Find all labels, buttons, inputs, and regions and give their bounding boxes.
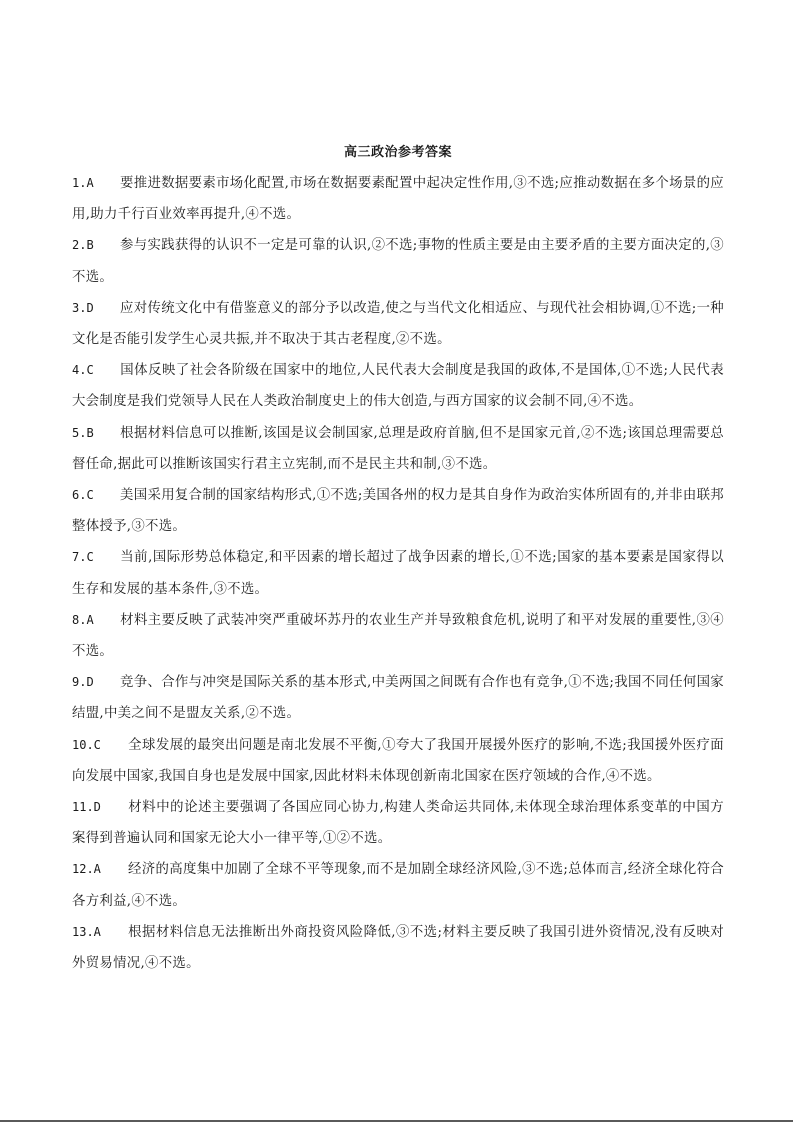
answer-explanation: 应对传统文化中有借鉴意义的部分予以改造,使之与当代文化相适应、与现代社会相协调,… [72,301,724,347]
answer-item-6: 6.C美国采用复合制的国家结构形式,①不选;美国各州的权力是其自身作为政治实体所… [72,480,724,542]
answer-explanation: 全球发展的最突出问题是南北发展不平衡,①夸大了我国开展援外医疗的影响,不选;我国… [72,738,724,784]
answer-number: 9.D [72,667,120,698]
answer-number: 5.B [72,418,120,449]
answer-explanation: 当前,国际形势总体稳定,和平因素的增长超过了战争因素的增长,①不选;国家的基本要… [72,550,724,596]
answer-number: 12.A [72,854,128,885]
answer-number: 13.A [72,917,128,948]
answer-explanation: 根据材料信息可以推断,该国是议会制国家,总理是政府首脑,但不是国家元首,②不选;… [72,426,724,472]
answer-number: 4.C [72,355,120,386]
answer-explanation: 竞争、合作与冲突是国际关系的基本形式,中美两国之间既有合作也有竞争,①不选;我国… [72,675,724,721]
answer-explanation: 经济的高度集中加剧了全球不平等现象,而不是加剧全球经济风险,③不选;总体而言,经… [72,862,724,908]
answer-item-2: 2.B参与实践获得的认识不一定是可靠的认识,②不选;事物的性质主要是由主要矛盾的… [72,230,724,292]
answer-item-5: 5.B根据材料信息可以推断,该国是议会制国家,总理是政府首脑,但不是国家元首,②… [72,418,724,480]
answer-explanation: 材料中的论述主要强调了各国应同心协力,构建人类命运共同体,未体现全球治理体系变革… [72,800,724,846]
answer-key-page: 高三政治参考答案 1.A要推进数据要素市场化配置,市场在数据要素配置中起决定性作… [72,142,724,979]
answer-item-13: 13.A根据材料信息无法推断出外商投资风险降低,③不选;材料主要反映了我国引进外… [72,917,724,979]
answer-item-1: 1.A要推进数据要素市场化配置,市场在数据要素配置中起决定性作用,③不选;应推动… [72,168,724,230]
answer-item-10: 10.C全球发展的最突出问题是南北发展不平衡,①夸大了我国开展援外医疗的影响,不… [72,730,724,792]
answer-number: 10.C [72,730,128,761]
answer-item-12: 12.A经济的高度集中加剧了全球不平等现象,而不是加剧全球经济风险,③不选;总体… [72,854,724,916]
answer-explanation: 要推进数据要素市场化配置,市场在数据要素配置中起决定性作用,③不选;应推动数据在… [72,176,724,222]
answer-number: 2.B [72,230,120,261]
answer-item-3: 3.D应对传统文化中有借鉴意义的部分予以改造,使之与当代文化相适应、与现代社会相… [72,293,724,355]
answer-explanation: 参与实践获得的认识不一定是可靠的认识,②不选;事物的性质主要是由主要矛盾的主要方… [72,238,724,284]
answer-explanation: 国体反映了社会各阶级在国家中的地位,人民代表大会制度是我国的政体,不是国体,①不… [72,363,724,409]
answer-item-8: 8.A材料主要反映了武装冲突严重破坏苏丹的农业生产并导致粮食危机,说明了和平对发… [72,605,724,667]
answer-explanation: 根据材料信息无法推断出外商投资风险降低,③不选;材料主要反映了我国引进外资情况,… [72,925,724,971]
answer-number: 3.D [72,293,120,324]
answer-number: 7.C [72,542,120,573]
answer-number: 6.C [72,480,120,511]
answer-number: 11.D [72,792,128,823]
answer-item-9: 9.D竞争、合作与冲突是国际关系的基本形式,中美两国之间既有合作也有竞争,①不选… [72,667,724,729]
answer-item-7: 7.C当前,国际形势总体稳定,和平因素的增长超过了战争因素的增长,①不选;国家的… [72,542,724,604]
answer-number: 8.A [72,605,120,636]
document-title: 高三政治参考答案 [72,142,724,164]
answer-item-11: 11.D材料中的论述主要强调了各国应同心协力,构建人类命运共同体,未体现全球治理… [72,792,724,854]
answer-explanation: 美国采用复合制的国家结构形式,①不选;美国各州的权力是其自身作为政治实体所固有的… [72,488,724,534]
answer-explanation: 材料主要反映了武装冲突严重破坏苏丹的农业生产并导致粮食危机,说明了和平对发展的重… [72,613,724,659]
answer-item-4: 4.C国体反映了社会各阶级在国家中的地位,人民代表大会制度是我国的政体,不是国体… [72,355,724,417]
answer-number: 1.A [72,168,120,199]
